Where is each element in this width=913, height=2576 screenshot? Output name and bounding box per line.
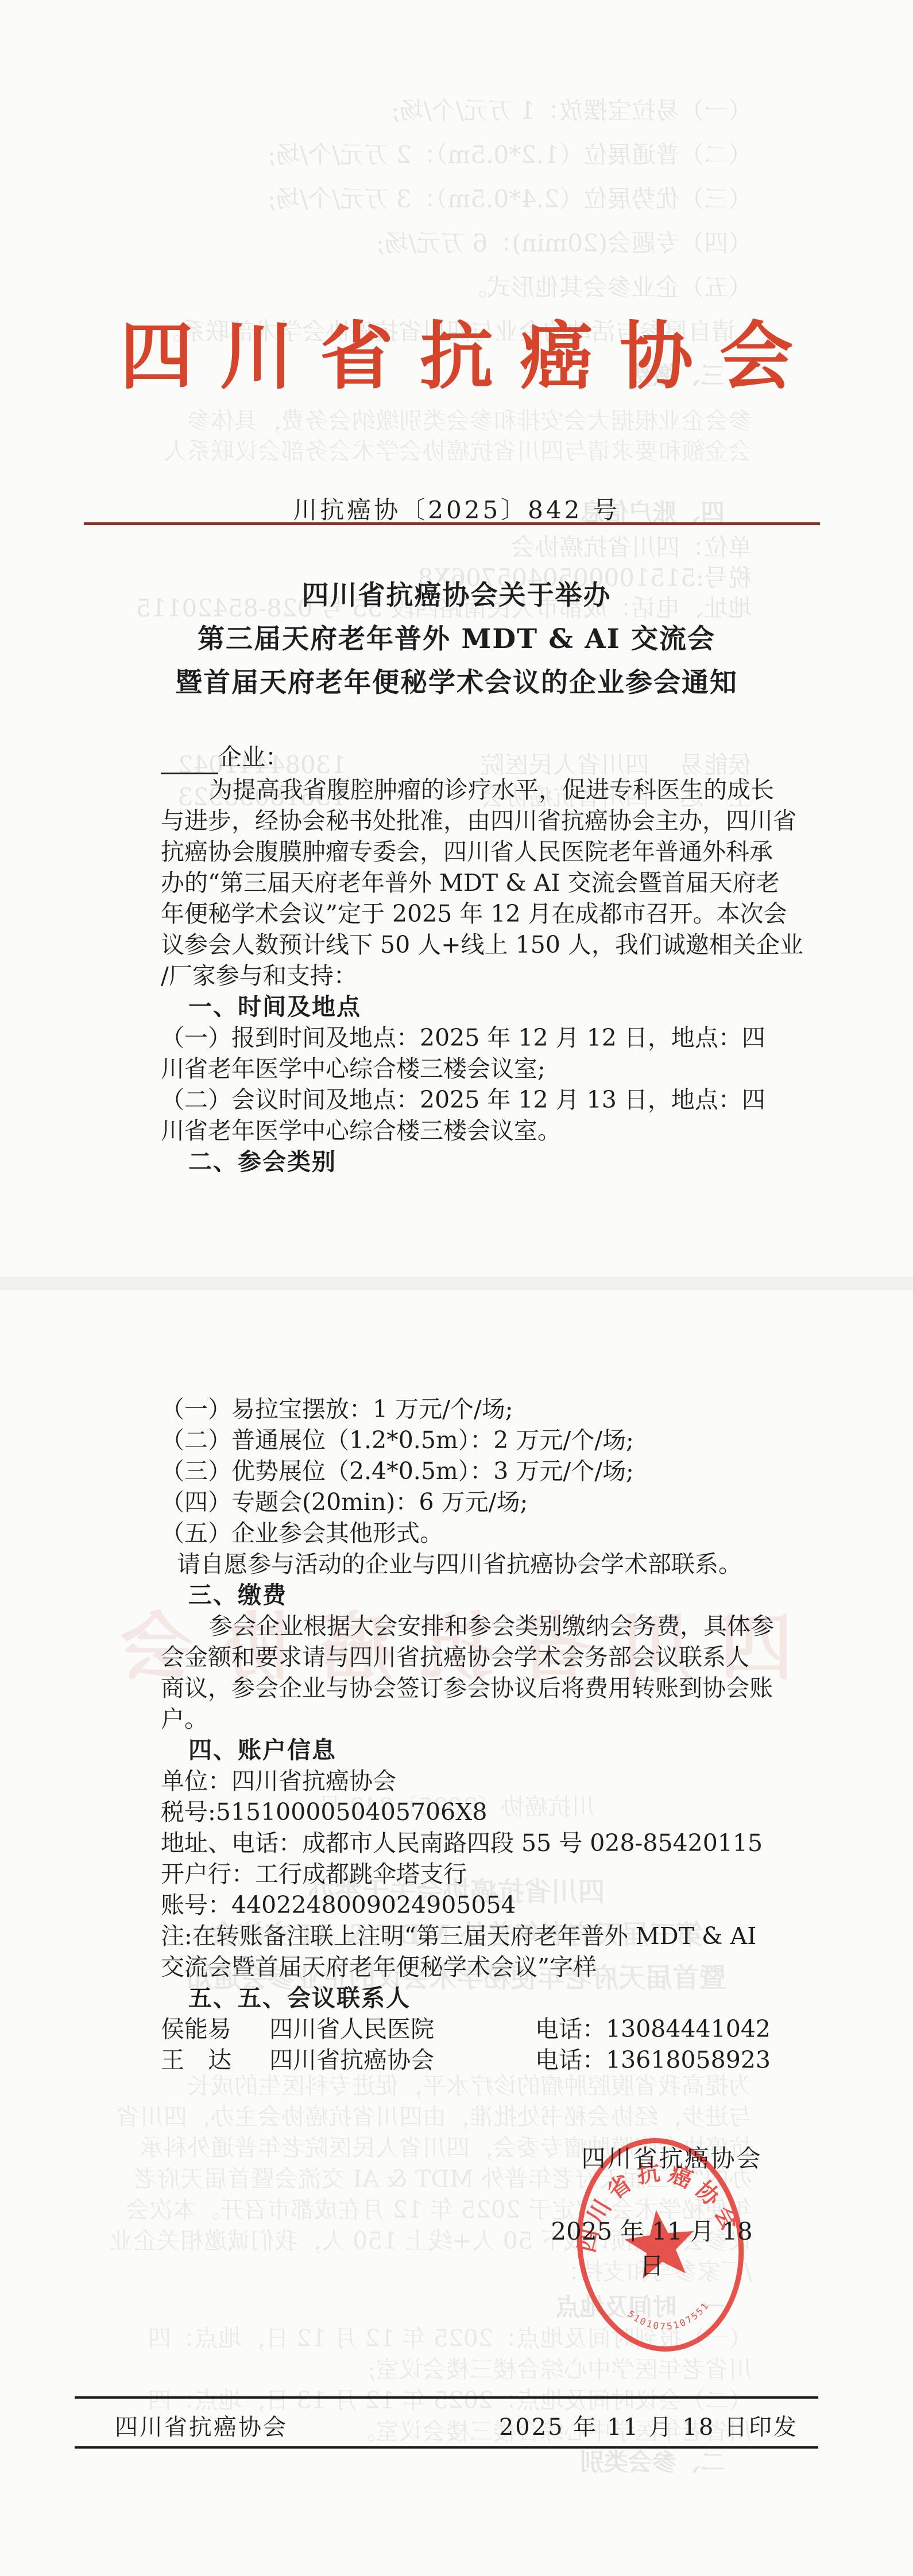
phone-label: 电话： xyxy=(535,2046,606,2074)
remark-line: 注:在转账备注联上注明“第三届天府老年普外 MDT & AI xyxy=(161,1921,771,1952)
fee-list-item: （三）优势展位（2.4*0.5m）：3 万元/个/场; xyxy=(161,1456,771,1487)
body-line: 议参会人数预计线下 50 人+线上 150 人，我们诚邀相关企业 xyxy=(161,929,771,960)
fee-list-item: （四）专题会(20min)：6 万元/场; xyxy=(161,1487,771,1518)
body-line: （二）会议时间及地点：2025 年 12 月 13 日，地点：四 xyxy=(161,1084,771,1115)
bleed-text-line: （四）专题会(20min)：6 万元/场; xyxy=(376,224,752,259)
footer-issuer: 四川省抗癌协会 xyxy=(115,2409,288,2442)
footer: 四川省抗癌协会 2025 年 11 月 18 日印发 xyxy=(115,2409,798,2442)
section-heading: 四、账户信息 xyxy=(188,1735,771,1766)
contact-org: 四川省抗癌协会 xyxy=(269,2044,515,2075)
bleed-text-line: 参会企业根据大会安排和参会类别缴纳会务费，具体参 xyxy=(187,402,752,436)
bleed-text-line: 会金额和要求请与四川省抗癌协会学术会务部会议联系人 xyxy=(164,432,752,466)
body-line: 与进步，经协会秘书处批准，由四川省抗癌协会主办，四川省 xyxy=(161,805,771,836)
red-divider-rule xyxy=(84,522,820,525)
seal-code: 5101075107551 xyxy=(625,2299,714,2337)
document-title: 四川省抗癌协会关于举办 第三届天府老年普外 MDT & AI 交流会 暨首届天府… xyxy=(0,574,913,705)
document-title-line: 第三届天府老年普外 MDT & AI 交流会 xyxy=(0,618,913,661)
section-heading: 五、五、会议联系人 xyxy=(188,1983,771,2014)
body-line: 商议，参会企业与协会签订参会协议后将费用转账到协会账 xyxy=(161,1673,771,1704)
contact-org: 四川省人民医院 xyxy=(269,2014,515,2044)
footer-rule-top xyxy=(75,2396,818,2399)
bleed-text-line: （三）优势展位（2.4*0.5m）：3 万元/个/场; xyxy=(268,180,752,215)
body-line: /厂家参与和支持： xyxy=(161,960,771,991)
body-line: （一）报到时间及地点：2025 年 12 月 12 日，地点：四 xyxy=(161,1022,771,1053)
document-title-line: 四川省抗癌协会关于举办 xyxy=(0,574,913,618)
body-line: 参会企业根据大会安排和参会类别缴纳会务费，具体参 xyxy=(161,1611,771,1642)
contact-phone: 电话：13618058923 xyxy=(535,2044,771,2075)
scanned-document: （一）易拉宝摆放：1 万元/个/场; （二）普通展位（1.2*0.5m）：2 万… xyxy=(0,0,913,2576)
account-info-line: 账号：4402248009024905054 xyxy=(161,1890,771,1921)
contact-row: 侯能易 四川省人民医院 电话：13084441042 xyxy=(161,2014,771,2044)
footer-rule-bottom xyxy=(75,2446,818,2449)
account-info-line: 开户行：工行成都跳伞塔支行 xyxy=(161,1859,771,1890)
bleed-text-line: 二、参会类别 xyxy=(580,2443,725,2478)
account-info-line: 单位：四川省抗癌协会 xyxy=(161,1766,771,1797)
body-line: 请自愿参与活动的企业与四川省抗癌协会学术部联系。 xyxy=(177,1549,771,1580)
phone-number: 13084441042 xyxy=(606,2015,771,2043)
page1-body: 企业： 为提高我省腹腔肿瘤的诊疗水平，促进专科医生的成长 与进步，经协会秘书处批… xyxy=(161,742,771,1177)
body-line: 办的“第三届天府老年普外 MDT & AI 交流会暨首届天府老 xyxy=(161,867,771,898)
document-title-line: 暨首届天府老年便秘学术会议的企业参会通知 xyxy=(0,661,913,705)
account-info-line: 地址、电话：成都市人民南路四段 55 号 028-85420115 xyxy=(161,1828,771,1859)
footer-print-date: 2025 年 11 月 18 日印发 xyxy=(499,2409,798,2442)
phone-label: 电话： xyxy=(535,2015,606,2043)
fee-list-item: （二）普通展位（1.2*0.5m）：2 万元/个/场; xyxy=(161,1425,771,1456)
fee-list-item: （五）企业参会其他形式。 xyxy=(161,1518,771,1549)
body-line: 户。 xyxy=(161,1704,771,1735)
body-line: 抗癌协会腹膜肿瘤专委会，四川省人民医院老年普通外科承 xyxy=(161,836,771,867)
bleed-text-line: （二）普通展位（1.2*0.5m）：2 万元/个/场; xyxy=(268,136,752,170)
phone-number: 13618058923 xyxy=(606,2046,771,2074)
body-line: 川省老年医学中心综合楼三楼会议室。 xyxy=(161,1115,771,1146)
signature-date: 2025 年 11 月 18 日 xyxy=(546,2213,758,2282)
body-line: 会金额和要求请与四川省抗癌协会学术会务部会议联系人 xyxy=(161,1642,771,1673)
section-heading: 一、时间及地点 xyxy=(188,991,771,1022)
section-heading: 二、参会类别 xyxy=(188,1146,771,1177)
contact-phone: 电话：13084441042 xyxy=(535,2014,771,2044)
contact-name: 侯能易 xyxy=(161,2014,269,2044)
body-line: 为提高我省腹腔肿瘤的诊疗水平，促进专科医生的成长 xyxy=(161,774,771,805)
fee-list-item: （一）易拉宝摆放：1 万元/个/场; xyxy=(161,1394,771,1425)
contact-name: 王 达 xyxy=(161,2044,269,2075)
signature-org: 四川省抗癌协会 xyxy=(574,2140,769,2174)
body-line: 年便秘学术会议”定于 2025 年 12 月在成都市召开。本次会 xyxy=(161,898,771,929)
svg-text:5101075107551: 5101075107551 xyxy=(625,2299,714,2337)
page-1: （一）易拉宝摆放：1 万元/个/场; （二）普通展位（1.2*0.5m）：2 万… xyxy=(0,0,913,1277)
section-heading: 三、缴费 xyxy=(188,1580,771,1611)
account-info-line: 税号:5151000050405706X8 xyxy=(161,1797,771,1828)
bleed-text-line: 单位：四川省抗癌协会 xyxy=(511,529,752,563)
bleed-text-line: （一）易拉宝摆放：1 万元/个/场; xyxy=(391,92,752,126)
body-line: 川省老年医学中心综合楼三楼会议室; xyxy=(161,1053,771,1084)
document-number: 川抗癌协〔2025〕842 号 xyxy=(0,491,913,526)
salutation-text: 企业： xyxy=(218,743,289,771)
remark-line: 交流会暨首届天府老年便秘学术会议”字样 xyxy=(161,1952,771,1983)
bleed-text-line: 与进步，经协会秘书处批准，由四川省抗癌协会主办，四川省 xyxy=(117,2098,752,2132)
page-2: 四川省抗癌协会 川抗癌协〔2025〕842 号 四川省抗癌协会关于举办 第三届天… xyxy=(0,1290,913,2576)
association-masthead: 四川省抗癌协会 xyxy=(0,297,913,403)
contact-row: 王 达 四川省抗癌协会 电话：13618058923 xyxy=(161,2044,771,2075)
salutation-line: 企业： xyxy=(161,742,771,774)
page2-body: （一）易拉宝摆放：1 万元/个/场; （二）普通展位（1.2*0.5m）：2 万… xyxy=(161,1394,771,2075)
company-blank-underline xyxy=(161,742,218,774)
